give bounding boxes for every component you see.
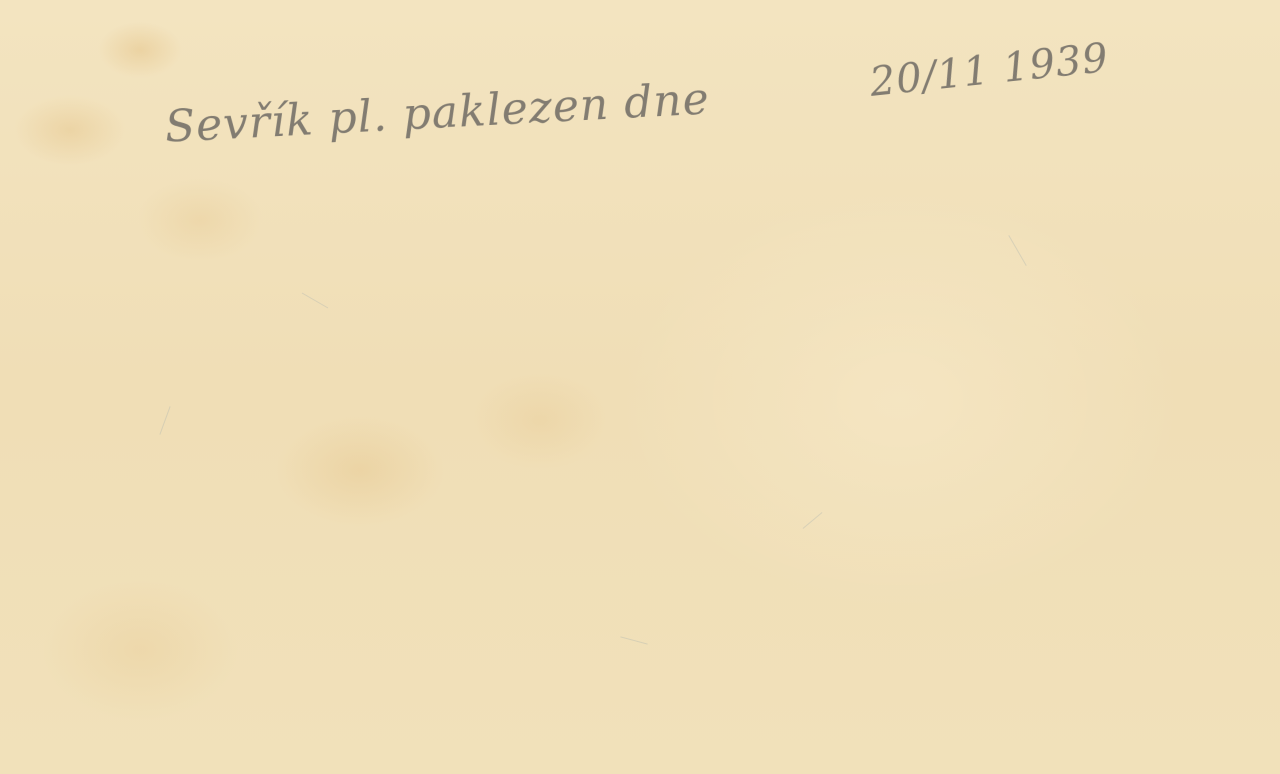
inscription-text: Sevřík pl. paklezen dne bbox=[164, 73, 711, 152]
paper-sheet: Sevřík pl. paklezen dne 20/11 1939 bbox=[0, 0, 1280, 774]
inscription-date: 20/11 1939 bbox=[868, 35, 1111, 106]
